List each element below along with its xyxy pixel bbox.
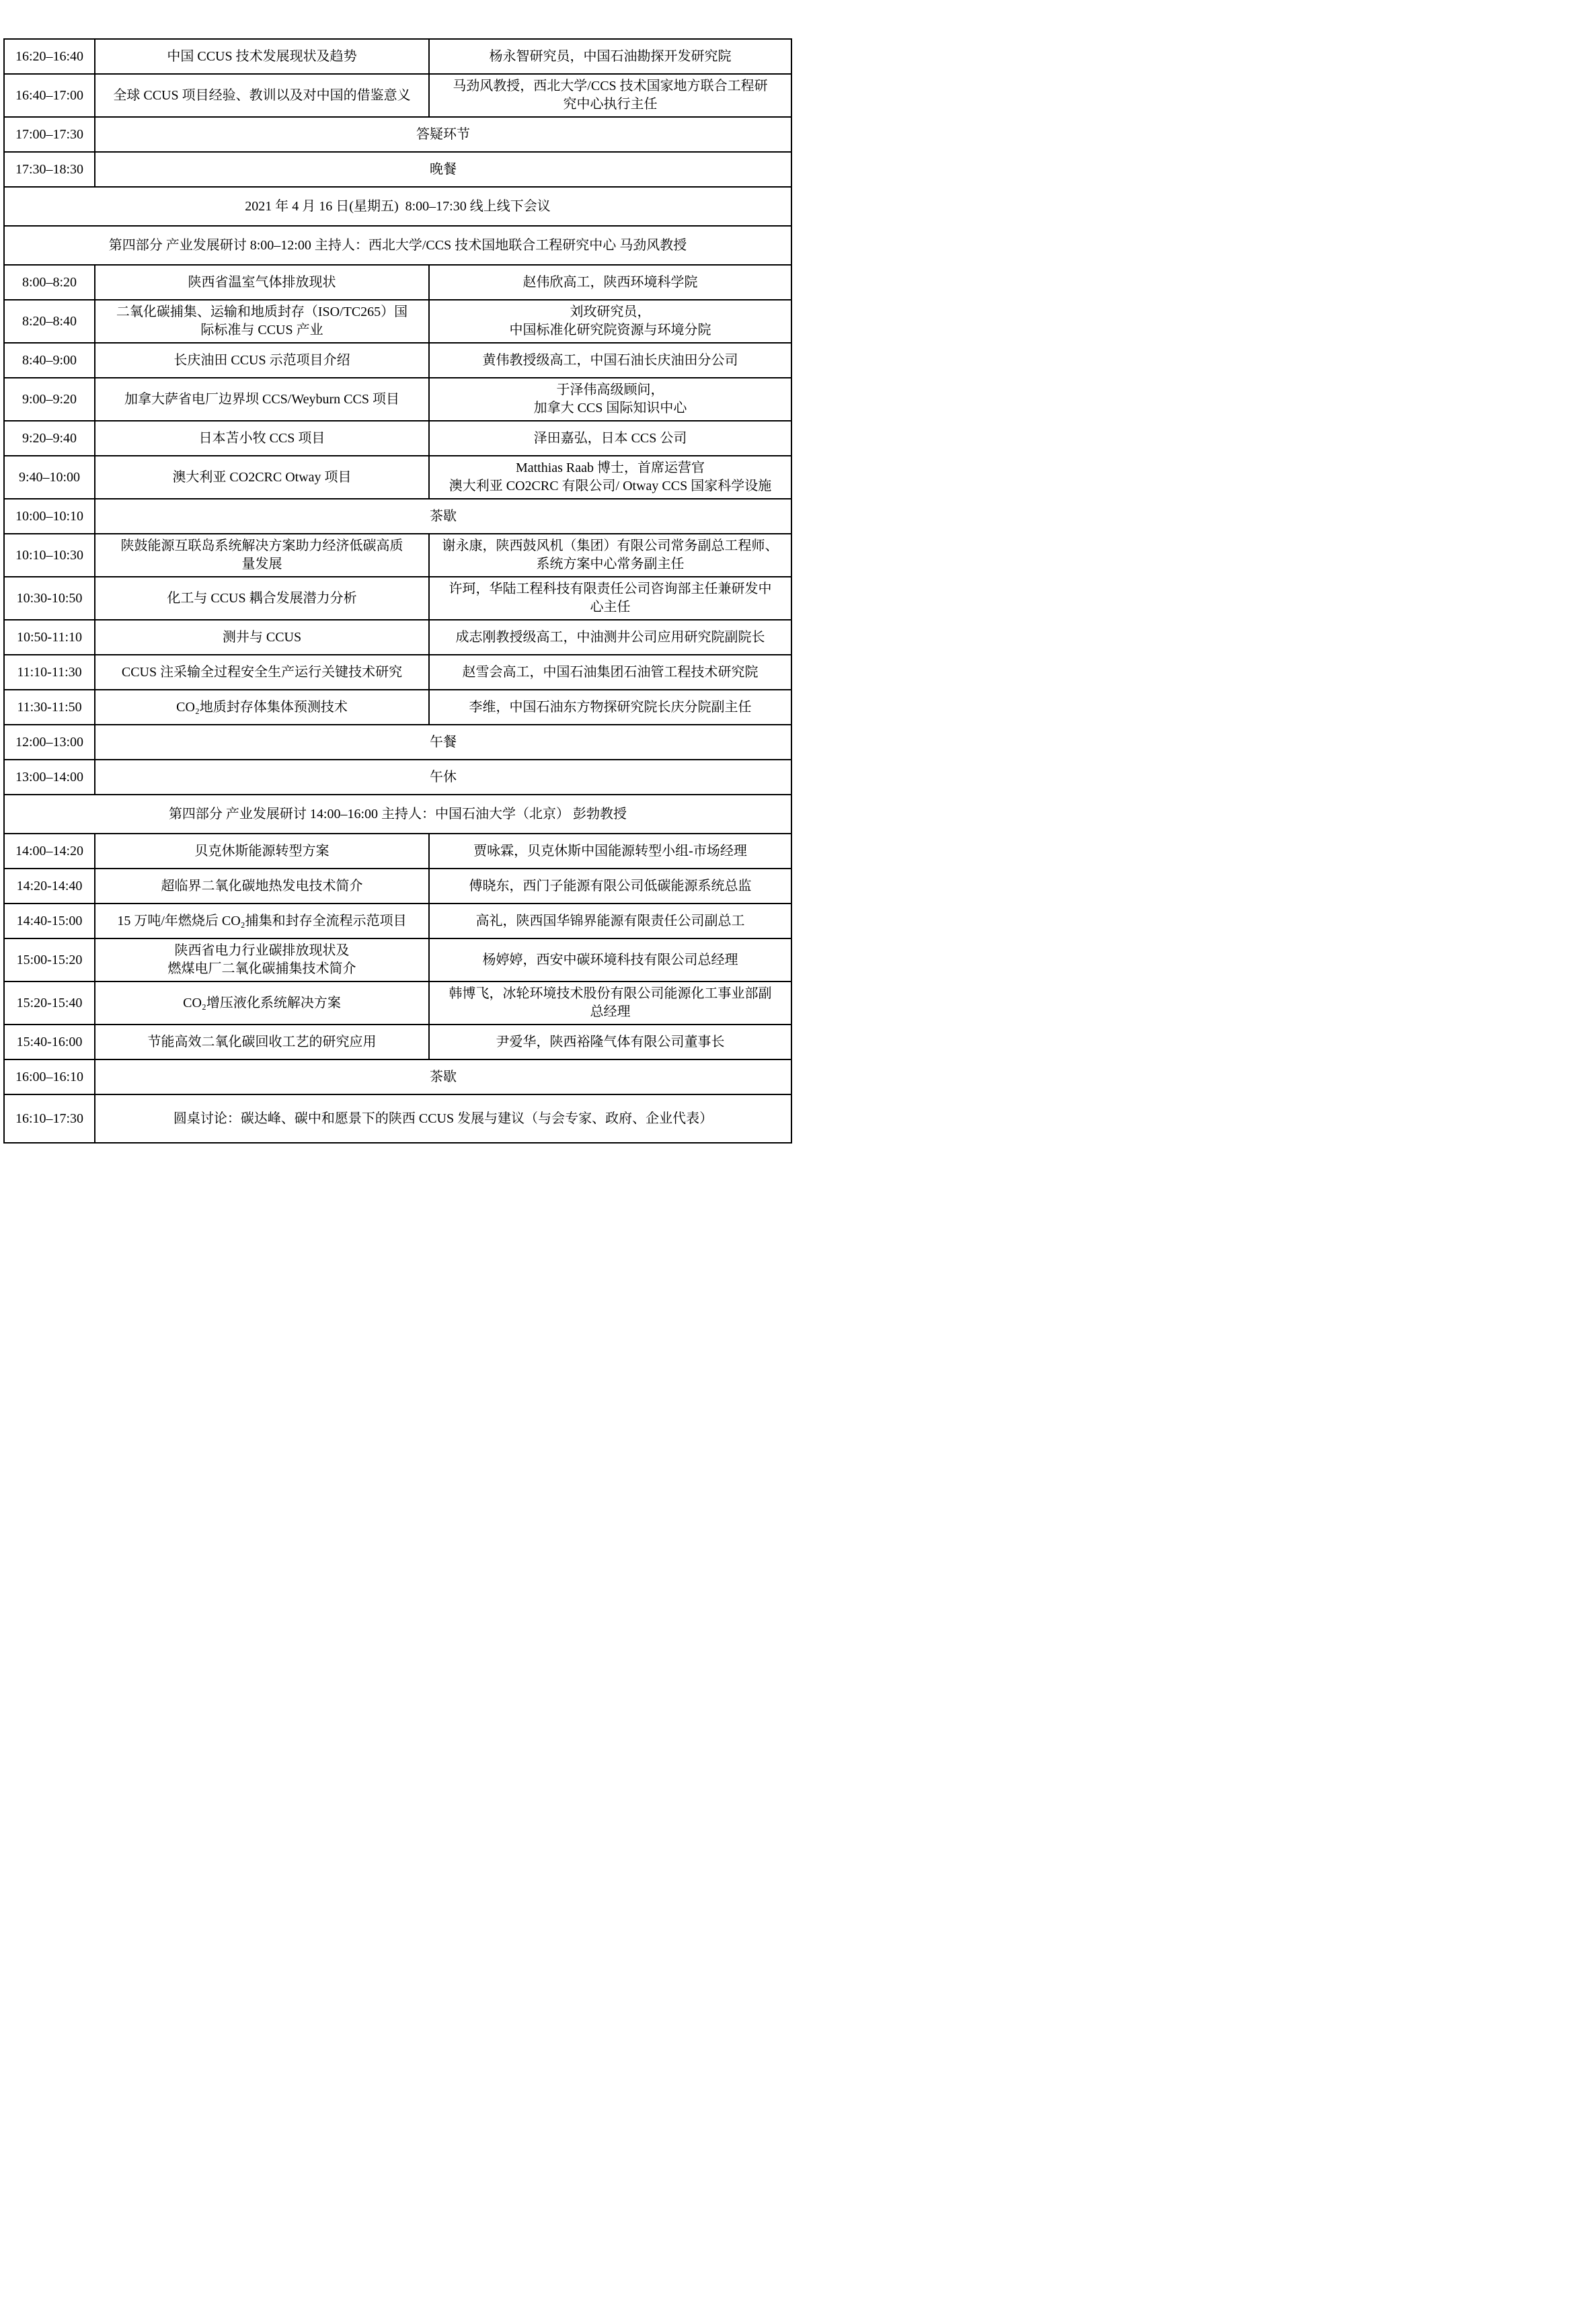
schedule-row-18: 11:30-11:50CO₂地质封存体集体预测技术李维，中国石油东方物探研究院长… (5, 690, 791, 725)
talk-title-cell: 陕鼓能源互联岛系统解决方案助力经济低碳高质 量发展 (94, 534, 428, 576)
merged-note-cell: 答疑环节 (94, 118, 791, 151)
schedule-row-12: 9:40–10:00澳大利亚 CO2CRC Otway 项目Matthias R… (5, 456, 791, 499)
speaker-cell: 赵雪会高工，中国石油集团石油管工程技术研究院 (428, 655, 791, 689)
full-width-header-cell: 第四部分 产业发展研讨 8:00–12:00 主持人：西北大学/CCS 技术国地… (5, 227, 791, 264)
time-cell: 9:20–9:40 (5, 422, 94, 455)
time-cell: 15:20-15:40 (5, 982, 94, 1024)
schedule-row-25: 15:00-15:20陕西省电力行业碳排放现状及 燃煤电厂二氧化碳捕集技术简介杨… (5, 939, 791, 982)
speaker-cell: 尹爱华，陕西裕隆气体有限公司董事长 (428, 1025, 791, 1059)
schedule-row-2: 16:40–17:00全球 CCUS 项目经验、教训以及对中国的借鉴意义马劲风教… (5, 75, 791, 118)
schedule-row-3: 17:00–17:30答疑环节 (5, 118, 791, 153)
schedule-row-7: 8:00–8:20陕西省温室气体排放现状赵伟欣高工，陕西环境科学院 (5, 266, 791, 300)
schedule-row-21: 第四部分 产业发展研讨 14:00–16:00 主持人：中国石油大学（北京） 彭… (5, 795, 791, 834)
time-cell: 17:00–17:30 (5, 118, 94, 151)
schedule-row-19: 12:00–13:00午餐 (5, 725, 791, 760)
time-cell: 15:40-16:00 (5, 1025, 94, 1059)
time-cell: 14:00–14:20 (5, 834, 94, 868)
speaker-cell: 黄伟教授级高工，中国石油长庆油田分公司 (428, 344, 791, 377)
time-cell: 9:40–10:00 (5, 456, 94, 498)
speaker-cell: 傅晓东，西门子能源有限公司低碳能源系统总监 (428, 869, 791, 903)
time-cell: 16:00–16:10 (5, 1060, 94, 1094)
time-cell: 16:10–17:30 (5, 1095, 94, 1142)
time-cell: 8:40–9:00 (5, 344, 94, 377)
schedule-row-8: 8:20–8:40二氧化碳捕集、运输和地质封存（ISO/TC265）国 际标准与… (5, 300, 791, 344)
talk-title-cell: 贝克休斯能源转型方案 (94, 834, 428, 868)
talk-title-cell: 中国 CCUS 技术发展现状及趋势 (94, 40, 428, 73)
schedule-row-5: 2021 年 4 月 16 日(星期五) 8:00–17:30 线上线下会议 (5, 188, 791, 227)
time-cell: 11:30-11:50 (5, 690, 94, 724)
speaker-cell: 高礼，陕西国华锦界能源有限责任公司副总工 (428, 904, 791, 938)
schedule-row-6: 第四部分 产业发展研讨 8:00–12:00 主持人：西北大学/CCS 技术国地… (5, 227, 791, 266)
merged-note-cell: 茶歇 (94, 1060, 791, 1094)
talk-title-cell: 日本苫小牧 CCS 项目 (94, 422, 428, 455)
schedule-row-16: 10:50-11:10测井与 CCUS成志刚教授级高工，中油测井公司应用研究院副… (5, 620, 791, 655)
time-cell: 15:00-15:20 (5, 939, 94, 981)
full-width-header-cell: 第四部分 产业发展研讨 14:00–16:00 主持人：中国石油大学（北京） 彭… (5, 795, 791, 833)
time-cell: 17:30–18:30 (5, 153, 94, 186)
document-page: 16:20–16:40中国 CCUS 技术发展现状及趋势杨永智研究员，中国石油勘… (0, 0, 795, 1162)
talk-title-cell: 加拿大萨省电厂边界坝 CCS/Weyburn CCS 项目 (94, 378, 428, 420)
merged-note-cell: 晚餐 (94, 153, 791, 186)
schedule-row-20: 13:00–14:00午休 (5, 760, 791, 795)
merged-note-cell: 午餐 (94, 725, 791, 759)
speaker-cell: 泽田嘉弘，日本 CCS 公司 (428, 422, 791, 455)
schedule-row-15: 10:30-10:50化工与 CCUS 耦合发展潜力分析许珂，华陆工程科技有限责… (5, 577, 791, 620)
time-cell: 12:00–13:00 (5, 725, 94, 759)
speaker-cell: 杨永智研究员，中国石油勘探开发研究院 (428, 40, 791, 73)
talk-title-cell: 超临界二氧化碳地热发电技术简介 (94, 869, 428, 903)
schedule-row-26: 15:20-15:40CO₂增压液化系统解决方案韩博飞，冰轮环境技术股份有限公司… (5, 982, 791, 1025)
schedule-row-9: 8:40–9:00长庆油田 CCUS 示范项目介绍黄伟教授级高工，中国石油长庆油… (5, 344, 791, 378)
schedule-row-11: 9:20–9:40日本苫小牧 CCS 项目泽田嘉弘，日本 CCS 公司 (5, 422, 791, 456)
merged-note-cell: 圆桌讨论：碳达峰、碳中和愿景下的陕西 CCUS 发展与建议（与会专家、政府、企业… (94, 1095, 791, 1142)
speaker-cell: 许珂，华陆工程科技有限责任公司咨询部主任兼研发中 心主任 (428, 577, 791, 619)
talk-title-cell: 测井与 CCUS (94, 620, 428, 654)
time-cell: 16:20–16:40 (5, 40, 94, 73)
schedule-table: 16:20–16:40中国 CCUS 技术发展现状及趋势杨永智研究员，中国石油勘… (3, 38, 792, 1144)
talk-title-cell: 澳大利亚 CO2CRC Otway 项目 (94, 456, 428, 498)
time-cell: 10:30-10:50 (5, 577, 94, 619)
talk-title-cell: 陕西省温室气体排放现状 (94, 266, 428, 299)
full-width-header-cell: 2021 年 4 月 16 日(星期五) 8:00–17:30 线上线下会议 (5, 188, 791, 225)
time-cell: 8:00–8:20 (5, 266, 94, 299)
schedule-row-13: 10:00–10:10茶歇 (5, 499, 791, 534)
time-cell: 10:00–10:10 (5, 499, 94, 533)
speaker-cell: Matthias Raab 博士，首席运营官 澳大利亚 CO2CRC 有限公司/… (428, 456, 791, 498)
speaker-cell: 杨婷婷，西安中碳环境科技有限公司总经理 (428, 939, 791, 981)
talk-title-cell: CO₂地质封存体集体预测技术 (94, 690, 428, 724)
schedule-row-1: 16:20–16:40中国 CCUS 技术发展现状及趋势杨永智研究员，中国石油勘… (5, 40, 791, 75)
talk-title-cell: 15 万吨/年燃烧后 CO₂捕集和封存全流程示范项目 (94, 904, 428, 938)
talk-title-cell: CO₂增压液化系统解决方案 (94, 982, 428, 1024)
schedule-row-28: 16:00–16:10茶歇 (5, 1060, 791, 1095)
talk-title-cell: 化工与 CCUS 耦合发展潜力分析 (94, 577, 428, 619)
time-cell: 13:00–14:00 (5, 760, 94, 794)
speaker-cell: 赵伟欣高工，陕西环境科学院 (428, 266, 791, 299)
talk-title-cell: CCUS 注采输全过程安全生产运行关键技术研究 (94, 655, 428, 689)
schedule-row-27: 15:40-16:00节能高效二氧化碳回收工艺的研究应用尹爱华，陕西裕隆气体有限… (5, 1025, 791, 1060)
talk-title-cell: 长庆油田 CCUS 示范项目介绍 (94, 344, 428, 377)
speaker-cell: 成志刚教授级高工，中油测井公司应用研究院副院长 (428, 620, 791, 654)
speaker-cell: 谢永康，陕西鼓风机（集团）有限公司常务副总工程师、 系统方案中心常务副主任 (428, 534, 791, 576)
schedule-row-14: 10:10–10:30陕鼓能源互联岛系统解决方案助力经济低碳高质 量发展谢永康，… (5, 534, 791, 577)
time-cell: 10:10–10:30 (5, 534, 94, 576)
schedule-row-22: 14:00–14:20贝克休斯能源转型方案贾咏霖，贝克休斯中国能源转型小组-市场… (5, 834, 791, 869)
time-cell: 16:40–17:00 (5, 75, 94, 116)
speaker-cell: 李维，中国石油东方物探研究院长庆分院副主任 (428, 690, 791, 724)
speaker-cell: 韩博飞，冰轮环境技术股份有限公司能源化工事业部副 总经理 (428, 982, 791, 1024)
talk-title-cell: 陕西省电力行业碳排放现状及 燃煤电厂二氧化碳捕集技术简介 (94, 939, 428, 981)
schedule-row-29: 16:10–17:30圆桌讨论：碳达峰、碳中和愿景下的陕西 CCUS 发展与建议… (5, 1095, 791, 1142)
merged-note-cell: 茶歇 (94, 499, 791, 533)
speaker-cell: 贾咏霖，贝克休斯中国能源转型小组-市场经理 (428, 834, 791, 868)
time-cell: 14:40-15:00 (5, 904, 94, 938)
time-cell: 10:50-11:10 (5, 620, 94, 654)
schedule-row-10: 9:00–9:20加拿大萨省电厂边界坝 CCS/Weyburn CCS 项目于泽… (5, 378, 791, 422)
schedule-row-4: 17:30–18:30晚餐 (5, 153, 791, 188)
time-cell: 11:10-11:30 (5, 655, 94, 689)
time-cell: 14:20-14:40 (5, 869, 94, 903)
schedule-row-23: 14:20-14:40超临界二氧化碳地热发电技术简介傅晓东，西门子能源有限公司低… (5, 869, 791, 904)
speaker-cell: 于泽伟高级顾问， 加拿大 CCS 国际知识中心 (428, 378, 791, 420)
schedule-row-17: 11:10-11:30CCUS 注采输全过程安全生产运行关键技术研究赵雪会高工，… (5, 655, 791, 690)
speaker-cell: 马劲风教授，西北大学/CCS 技术国家地方联合工程研 究中心执行主任 (428, 75, 791, 116)
talk-title-cell: 二氧化碳捕集、运输和地质封存（ISO/TC265）国 际标准与 CCUS 产业 (94, 300, 428, 342)
time-cell: 9:00–9:20 (5, 378, 94, 420)
talk-title-cell: 全球 CCUS 项目经验、教训以及对中国的借鉴意义 (94, 75, 428, 116)
talk-title-cell: 节能高效二氧化碳回收工艺的研究应用 (94, 1025, 428, 1059)
merged-note-cell: 午休 (94, 760, 791, 794)
time-cell: 8:20–8:40 (5, 300, 94, 342)
schedule-row-24: 14:40-15:0015 万吨/年燃烧后 CO₂捕集和封存全流程示范项目高礼，… (5, 904, 791, 939)
speaker-cell: 刘玫研究员， 中国标准化研究院资源与环境分院 (428, 300, 791, 342)
